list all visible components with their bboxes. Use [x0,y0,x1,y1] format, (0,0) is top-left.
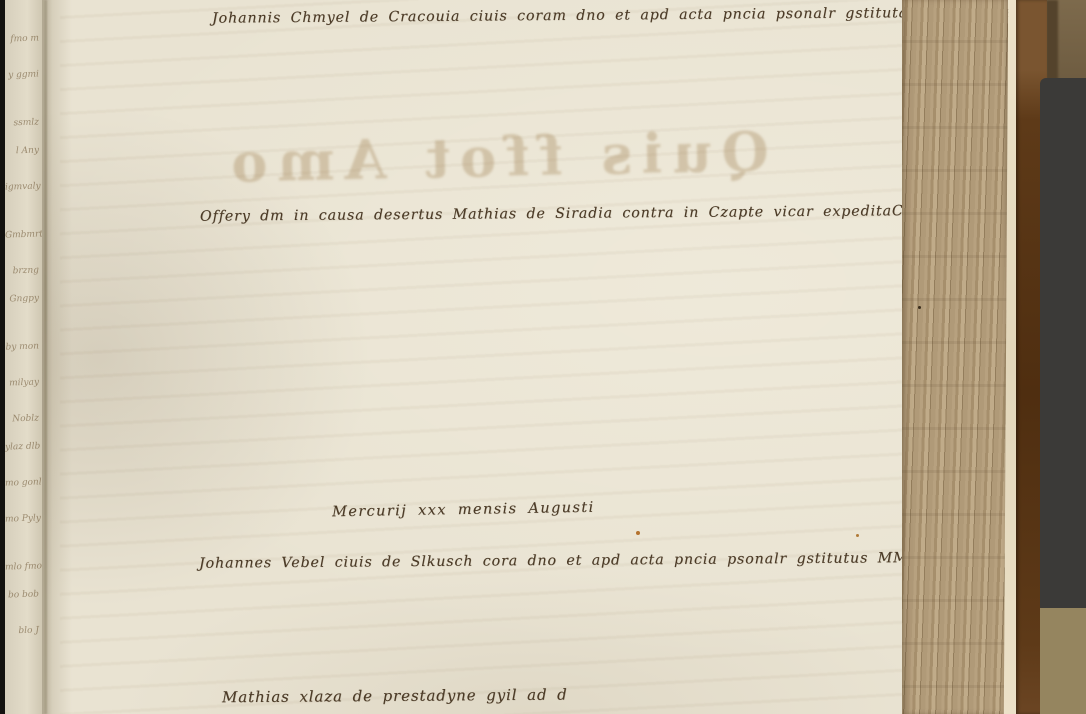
marginal-text-fragment: Gmbmrty [5,229,42,240]
marginal-text-fragment: Gngpy [5,293,42,304]
marginal-text-fragment: ssmlz [5,117,42,128]
manuscript-line: Johannes Vebel ciuis de Slkusch cora dno… [183,550,893,572]
ink-speck [918,306,921,309]
book-fore-edge [902,0,1008,714]
marginal-text-fragment: blo J [5,625,42,636]
gutter-fold-line [44,0,47,714]
marginal-text-fragment: mo Pyly [5,513,42,524]
marginal-text-fragment: igmvaly [5,181,42,192]
previous-page-edge: fmo my ggmissmlzl AnyigmvalyGmbmrtybrzng… [5,0,42,714]
marginal-text-fragment: ylaz dlb [5,441,42,452]
bleedthrough-blackletter-text: Quis ffot Amo [185,110,805,205]
foxing-speck [856,534,859,537]
manuscript-line: Johannis Chmyel de Cracouia ciuis coram … [196,5,908,27]
marginal-text-fragment: milyay [5,377,42,388]
marginal-text-fragment: brzng [5,265,42,276]
manuscript-scan: Quis ffot Amo Johannis Chmyel de Cracoui… [0,0,1086,714]
parchment-page [42,0,1008,714]
marginal-text-fragment: y ggmi [5,69,42,80]
marginal-text-fragment: mo gonlo [5,477,42,488]
marginal-text-fragment: fmo m [5,33,42,44]
marginal-text-fragment: bo bob [5,589,42,600]
binding-board-bottom [1040,608,1086,714]
foxing-speck [636,531,640,535]
manuscript-line: Offery dm in causa desertus Mathias de S… [184,203,892,225]
manuscript-entry-4-partial: Mathias xlaza de prestadyne gyil ad d [206,682,806,710]
marginal-text-fragment: l Any [5,145,42,156]
marginal-text-fragment: mlo fmo [5,561,42,572]
marginal-text-fragment: by mon [5,341,42,352]
dark-cloth-backdrop [1040,78,1086,614]
marginal-text-fragment: Noblz [5,413,42,424]
manuscript-line: Mathias xlaza de prestadyne gyil ad d [206,686,568,707]
